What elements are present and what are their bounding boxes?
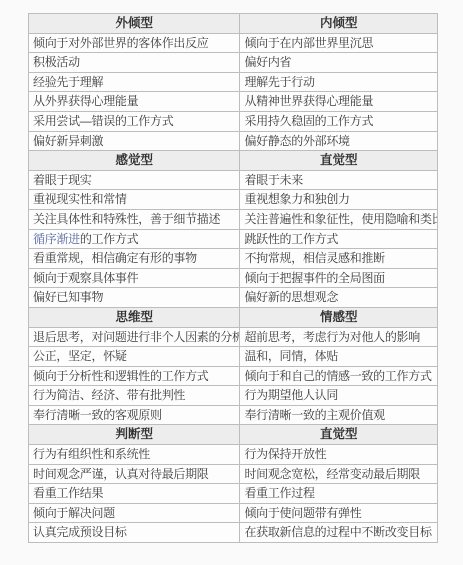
sensing-header: 感觉型 — [29, 151, 240, 171]
cell-right: 倾向于把握事件的全局图面 — [240, 268, 438, 288]
judging-header: 判断型 — [29, 425, 240, 445]
intuition-header: 直觉型 — [240, 151, 438, 171]
introversion-header: 内倾型 — [240, 14, 438, 34]
cell-left: 从外界获得心理能量 — [29, 92, 240, 112]
table-row: 行为有组织性和系统性 行为保持开放性 — [29, 445, 438, 465]
cell-right: 采用持久稳固的工作方式 — [240, 111, 438, 131]
cell-left: 公正，坚定，怀疑 — [29, 347, 240, 367]
perceiving-header: 直觉型 — [240, 425, 438, 445]
table-row: 时间观念严谨，认真对待最后期限 时间观念宽松，经常变动最后期限 — [29, 464, 438, 484]
table-row: 从外界获得心理能量 从精神世界获得心理能量 — [29, 92, 438, 112]
cell-left: 倾向于分析性和逻辑性的工作方式 — [29, 366, 240, 386]
table-row: 看重常规，相信确定有形的事物 不拘常规，相信灵感和推断 — [29, 249, 438, 269]
table-row: 倾向于分析性和逻辑性的工作方式 倾向于和自己的情感一致的工作方式 — [29, 366, 438, 386]
cell-left: 倾向于对外部世界的客体作出反应 — [29, 33, 240, 53]
table-row: 看重工作结果 看重工作过程 — [29, 484, 438, 504]
cell-right: 理解先于行动 — [240, 72, 438, 92]
table-row: 认真完成预设目标 在获取新信息的过程中不断改变目标 — [29, 523, 438, 543]
cell-left: 采用尝试—错误的工作方式 — [29, 111, 240, 131]
cell-right: 奉行清晰一致的主观价值观 — [240, 405, 438, 425]
cell-left: 看重常规，相信确定有形的事物 — [29, 249, 240, 269]
table-row: 着眼于现实 着眼于未来 — [29, 170, 438, 190]
section-header-row: 判断型 直觉型 — [29, 425, 438, 445]
table-row: 循序渐进的工作方式 跳跃性的工作方式 — [29, 229, 438, 249]
cell-left: 经验先于理解 — [29, 72, 240, 92]
cell-right: 着眼于未来 — [240, 170, 438, 190]
cell-left: 循序渐进的工作方式 — [29, 229, 240, 249]
cell-left: 奉行清晰一致的客观原则 — [29, 405, 240, 425]
cell-right: 倾向于和自己的情感一致的工作方式 — [240, 366, 438, 386]
cell-right: 超前思考，考虑行为对他人的影响 — [240, 327, 438, 347]
table-row: 行为简洁、经济、带有批判性 行为期望他人认同 — [29, 386, 438, 406]
table-row: 倾向于解决问题 倾向于使问题带有弹性 — [29, 503, 438, 523]
cell-left: 偏好新异刺激 — [29, 131, 240, 151]
cell-left: 时间观念严谨，认真对待最后期限 — [29, 464, 240, 484]
table-row: 采用尝试—错误的工作方式 采用持久稳固的工作方式 — [29, 111, 438, 131]
step-by-step-link[interactable]: 循序渐进 — [33, 232, 80, 246]
cell-right: 时间观念宽松，经常变动最后期限 — [240, 464, 438, 484]
table-row: 经验先于理解 理解先于行动 — [29, 72, 438, 92]
feeling-header: 情感型 — [240, 307, 438, 327]
table-row: 倾向于对外部世界的客体作出反应 倾向于在内部世界里沉思 — [29, 33, 438, 53]
cell-right: 倾向于在内部世界里沉思 — [240, 33, 438, 53]
cell-left: 重视现实性和常情 — [29, 190, 240, 210]
cell-right: 偏好新的思想观念 — [240, 288, 438, 308]
cell-right: 跳跃性的工作方式 — [240, 229, 438, 249]
cell-right: 温和，同情，体贴 — [240, 347, 438, 367]
cell-right: 从精神世界获得心理能量 — [240, 92, 438, 112]
cell-right: 行为期望他人认同 — [240, 386, 438, 406]
cell-right: 偏好内省 — [240, 53, 438, 73]
personality-comparison-table: 外倾型 内倾型 倾向于对外部世界的客体作出反应 倾向于在内部世界里沉思 积极活动… — [28, 13, 438, 543]
extraversion-header: 外倾型 — [29, 14, 240, 34]
section-header-row: 外倾型 内倾型 — [29, 14, 438, 34]
table-row: 倾向于观察具体事件 倾向于把握事件的全局图面 — [29, 268, 438, 288]
cell-right: 偏好静态的外部环境 — [240, 131, 438, 151]
cell-right: 看重工作过程 — [240, 484, 438, 504]
cell-left: 看重工作结果 — [29, 484, 240, 504]
cell-left: 行为简洁、经济、带有批判性 — [29, 386, 240, 406]
cell-left: 认真完成预设目标 — [29, 523, 240, 543]
table-row: 关注具体性和特殊性，善于细节描述 关注普遍性和象征性，使用隐喻和类比 — [29, 209, 438, 229]
cell-right: 不拘常规，相信灵感和推断 — [240, 249, 438, 269]
table-row: 公正，坚定，怀疑 温和，同情，体贴 — [29, 347, 438, 367]
table-row: 积极活动 偏好内省 — [29, 53, 438, 73]
cell-left: 倾向于观察具体事件 — [29, 268, 240, 288]
page: 外倾型 内倾型 倾向于对外部世界的客体作出反应 倾向于在内部世界里沉思 积极活动… — [0, 0, 463, 565]
cell-left: 关注具体性和特殊性，善于细节描述 — [29, 209, 240, 229]
cell-left: 行为有组织性和系统性 — [29, 445, 240, 465]
cell-left: 偏好已知事物 — [29, 288, 240, 308]
cell-left-rest: 的工作方式 — [80, 232, 139, 246]
cell-right: 关注普遍性和象征性，使用隐喻和类比 — [240, 209, 438, 229]
cell-right: 行为保持开放性 — [240, 445, 438, 465]
cell-left: 倾向于解决问题 — [29, 503, 240, 523]
table-row: 偏好已知事物 偏好新的思想观念 — [29, 288, 438, 308]
cell-left: 积极活动 — [29, 53, 240, 73]
cell-right: 重视想象力和独创力 — [240, 190, 438, 210]
table-row: 退后思考，对问题进行非个人因素的分析 超前思考，考虑行为对他人的影响 — [29, 327, 438, 347]
table-row: 重视现实性和常情 重视想象力和独创力 — [29, 190, 438, 210]
table-row: 偏好新异刺激 偏好静态的外部环境 — [29, 131, 438, 151]
table-row: 奉行清晰一致的客观原则 奉行清晰一致的主观价值观 — [29, 405, 438, 425]
section-header-row: 思维型 情感型 — [29, 307, 438, 327]
section-header-row: 感觉型 直觉型 — [29, 151, 438, 171]
cell-right: 倾向于使问题带有弹性 — [240, 503, 438, 523]
cell-left: 着眼于现实 — [29, 170, 240, 190]
cell-left: 退后思考，对问题进行非个人因素的分析 — [29, 327, 240, 347]
cell-right: 在获取新信息的过程中不断改变目标 — [240, 523, 438, 543]
thinking-header: 思维型 — [29, 307, 240, 327]
